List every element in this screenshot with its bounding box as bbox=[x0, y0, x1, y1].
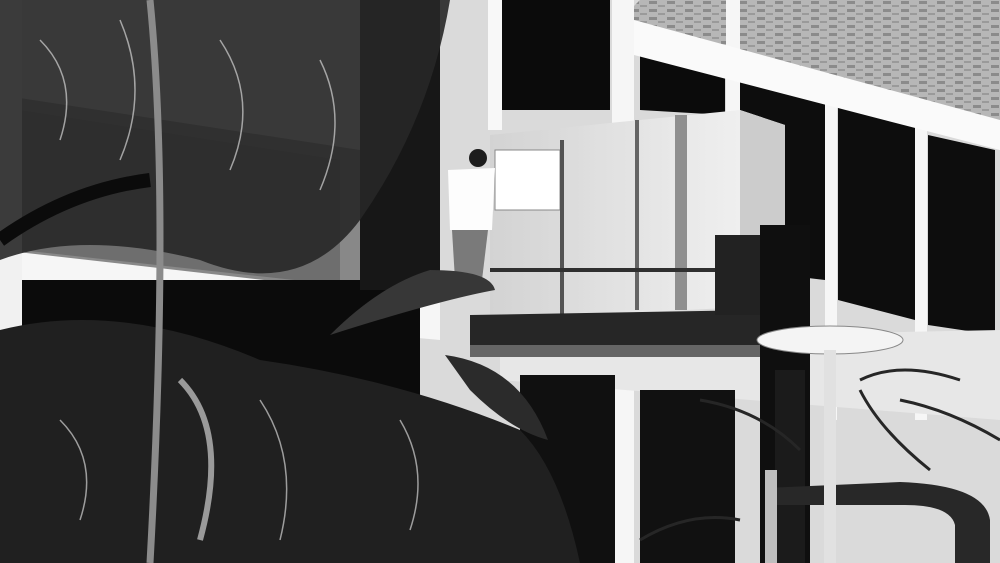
photo: A forklift lifts a large plastic-wrapped… bbox=[0, 0, 1000, 563]
photo-illustration bbox=[0, 0, 1000, 563]
